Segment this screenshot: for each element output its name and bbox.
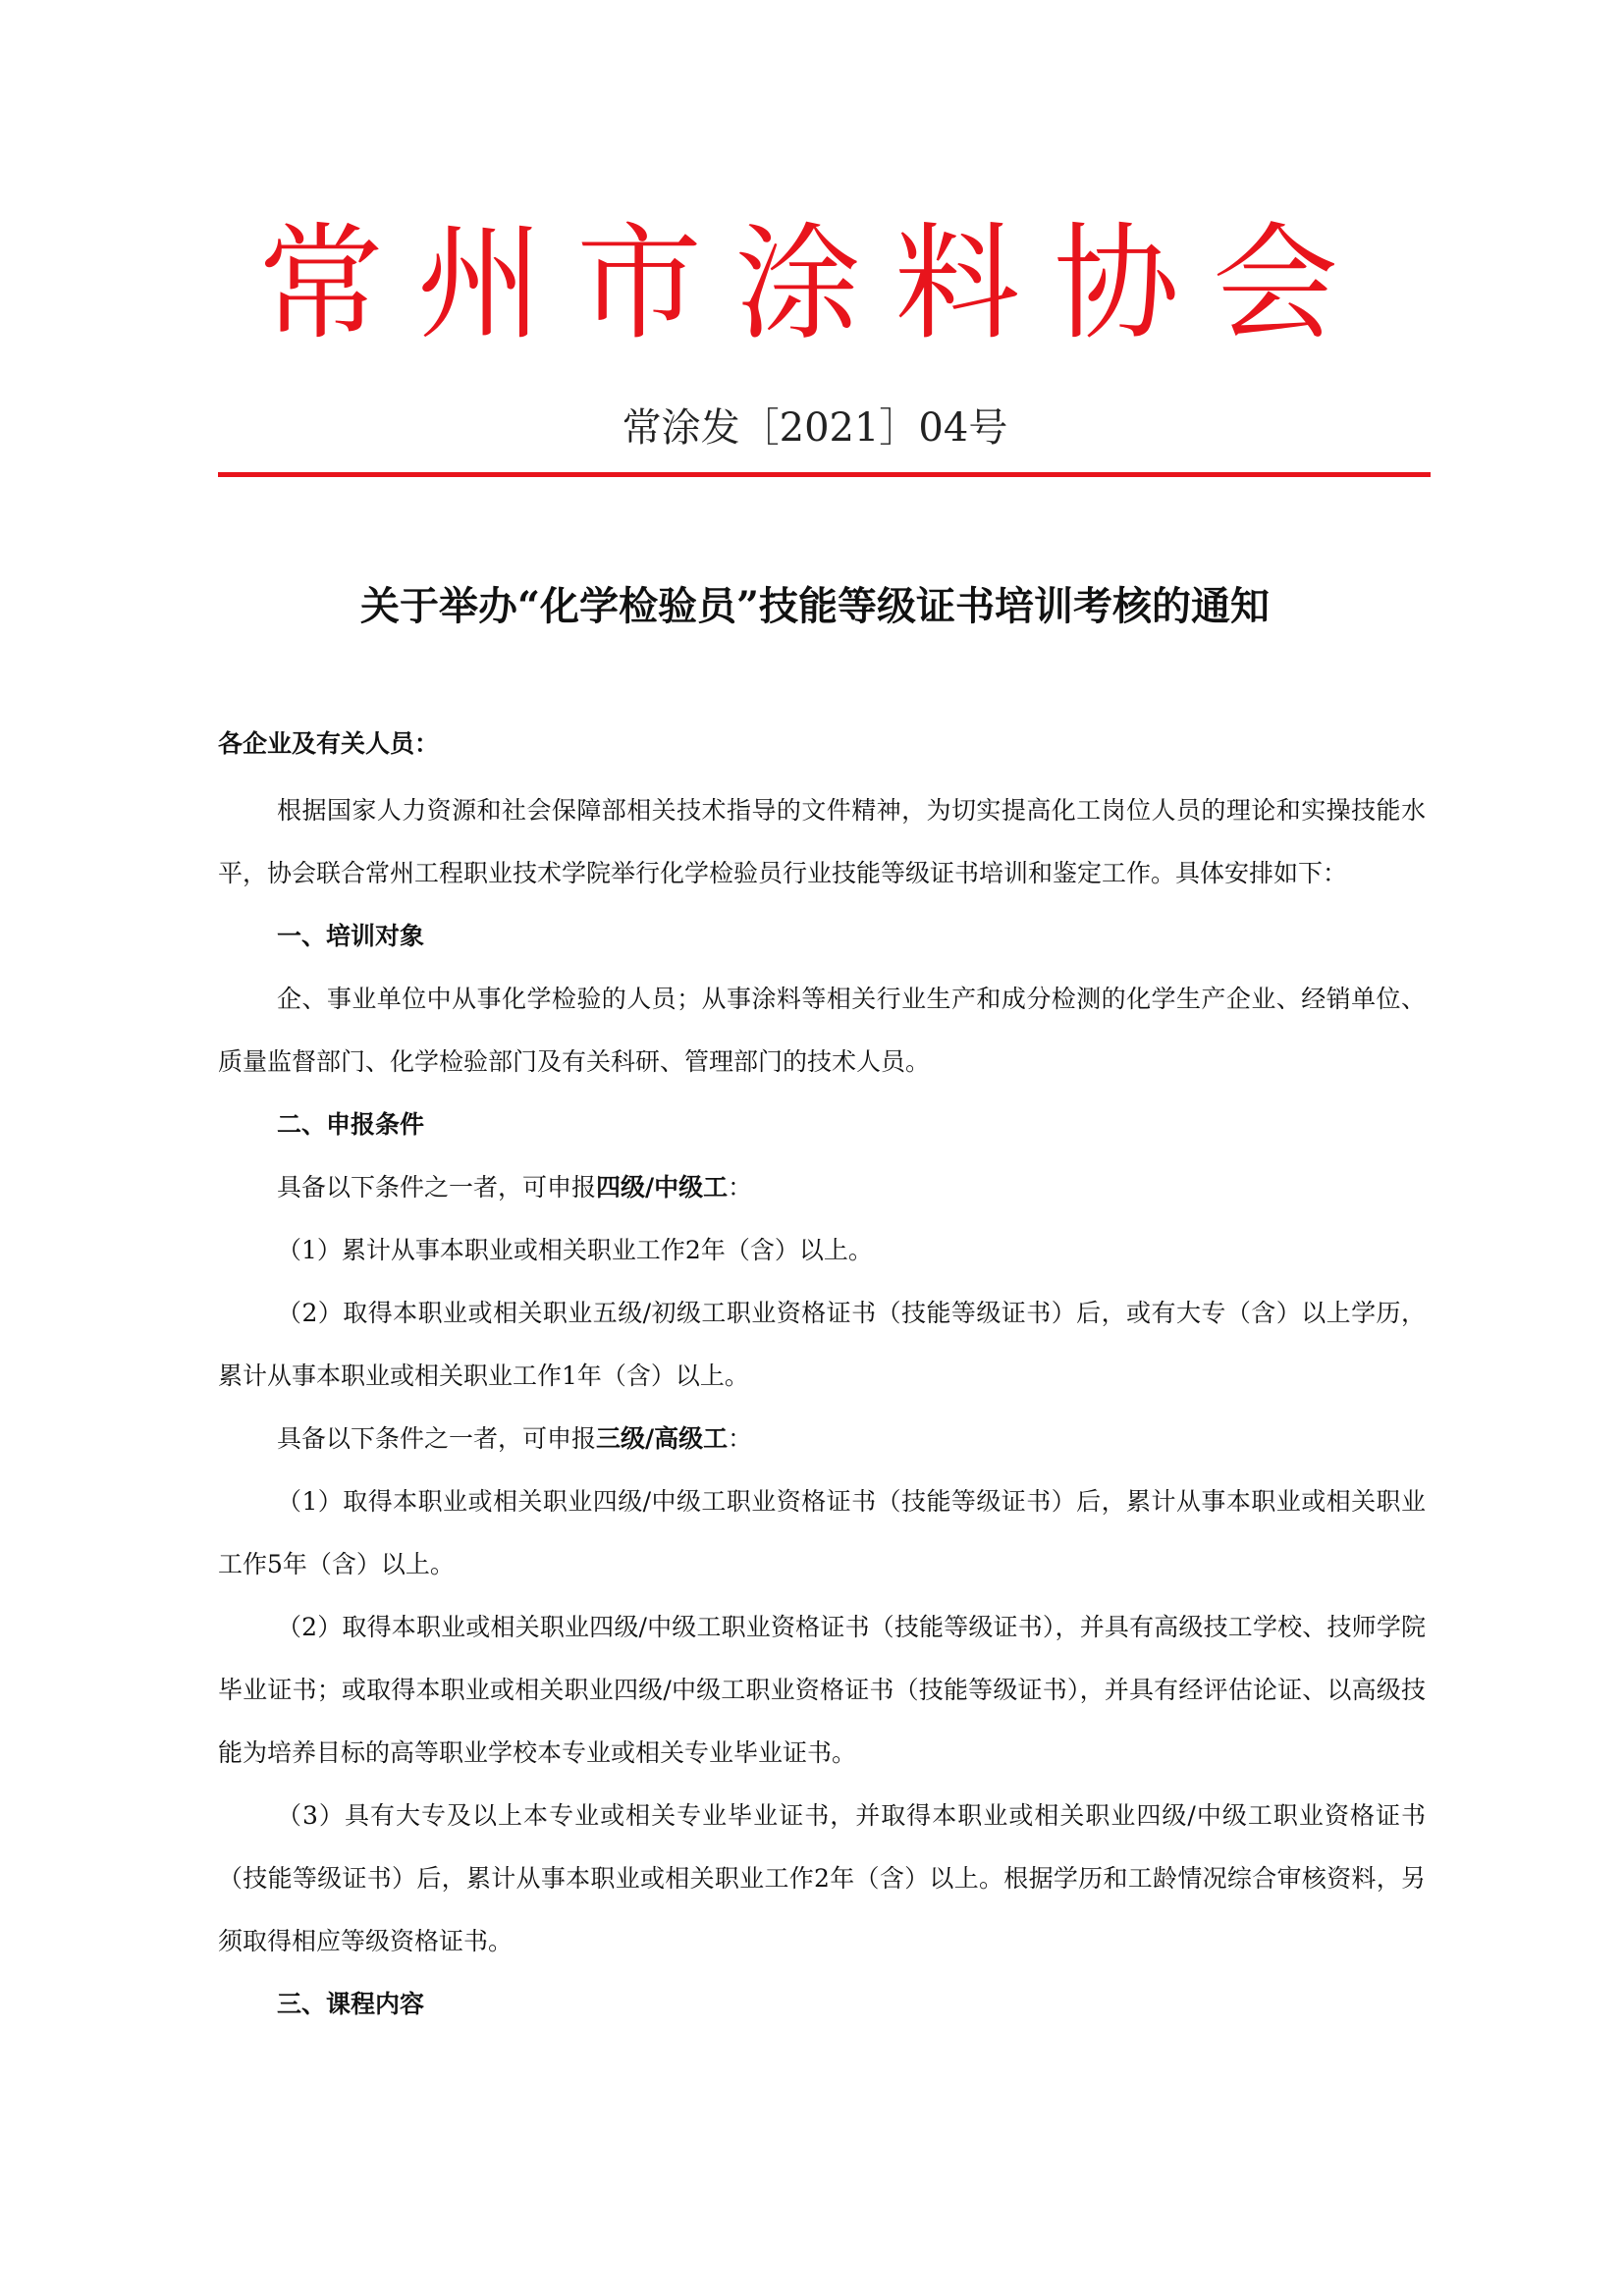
level4-lead-text: 具备以下条件之一者，可申报 [277,1173,596,1201]
organization-title: 常州市涂料协会 [211,211,1419,358]
level4-item-1: （1）累计从事本职业或相关职业工作2年（含）以上。 [218,1219,1426,1282]
level3-lead: 具备以下条件之一者，可申报三级/高级工： [218,1408,1426,1470]
level3-item-2: （2）取得本职业或相关职业四级/中级工职业资格证书（技能等级证书），并具有高级技… [218,1596,1426,1785]
notice-title: 关于举办“化学检验员”技能等级证书培训考核的通知 [211,577,1419,636]
level3-item-3: （3）具有大专及以上本专业或相关专业毕业证书，并取得本职业或相关职业四级/中级工… [218,1785,1426,1973]
level4-item-2: （2）取得本职业或相关职业五级/初级工职业资格证书（技能等级证书）后，或有大专（… [218,1282,1426,1408]
level3-level: 三级/高级工 [596,1424,728,1453]
document-body: 根据国家人力资源和社会保障部相关技术指导的文件精神，为切实提高化工岗位人员的理论… [218,779,1426,2036]
level4-colon: ： [728,1173,752,1201]
level3-lead-text: 具备以下条件之一者，可申报 [277,1424,596,1453]
document-number: 常涂发［2021］04号 [211,400,1419,455]
level4-lead: 具备以下条件之一者，可申报四级/中级工： [218,1156,1426,1219]
red-divider-line [218,472,1431,477]
document-page: 常州市涂料协会 常涂发［2021］04号 关于举办“化学检验员”技能等级证书培训… [0,0,1624,2296]
level3-item-1: （1）取得本职业或相关职业四级/中级工职业资格证书（技能等级证书）后，累计从事本… [218,1470,1426,1596]
level3-colon: ： [728,1424,752,1453]
intro-paragraph: 根据国家人力资源和社会保障部相关技术指导的文件精神，为切实提高化工岗位人员的理论… [218,779,1426,905]
section-heading-course-content: 三、课程内容 [218,1973,1426,2036]
level4-level: 四级/中级工 [596,1173,728,1201]
section-heading-application-conditions: 二、申报条件 [218,1094,1426,1156]
salutation: 各企业及有关人员： [218,724,439,764]
training-targets-paragraph: 企、事业单位中从事化学检验的人员；从事涂料等相关行业生产和成分检测的化学生产企业… [218,968,1426,1094]
section-heading-training-targets: 一、培训对象 [218,905,1426,968]
